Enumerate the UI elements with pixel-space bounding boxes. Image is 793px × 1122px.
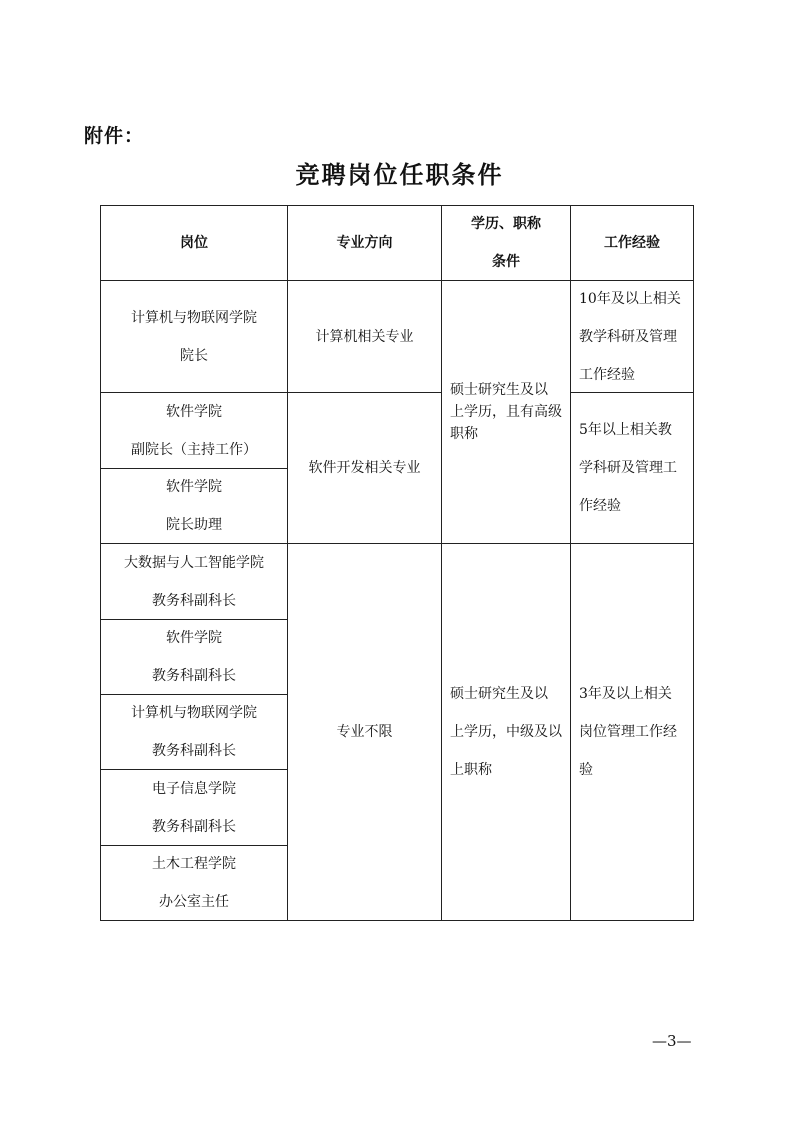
major-cell: 计算机相关专业 [287, 280, 442, 393]
position-cell: 软件学院 教务科副科长 [100, 619, 288, 695]
header-position: 岗位 [100, 205, 288, 281]
education-cell: 硕士研究生及以 上学历，中级及以 上职称 [441, 543, 571, 921]
position-cell: 软件学院 副院长（主持工作） [100, 392, 288, 469]
page-title: 竞聘岗位任职条件 [0, 155, 793, 190]
education-cell: 硕士研究生及以 上学历，且有高级 职称 [441, 280, 571, 544]
experience-cell: 5年以上相关教 学科研及管理工 作经验 [570, 392, 694, 544]
header-major: 专业方向 [287, 205, 442, 281]
experience-cell: 3年及以上相关 岗位管理工作经 验 [570, 543, 694, 921]
header-experience: 工作经验 [570, 205, 694, 281]
major-cell: 软件开发相关专业 [287, 392, 442, 544]
position-cell: 计算机与物联网学院 院长 [100, 280, 288, 393]
position-cell: 软件学院 院长助理 [100, 468, 288, 544]
attachment-label: 附件： [84, 121, 144, 148]
position-cell: 电子信息学院 教务科副科长 [100, 769, 288, 846]
position-cell: 大数据与人工智能学院 教务科副科长 [100, 543, 288, 620]
position-cell: 土木工程学院 办公室主任 [100, 845, 288, 921]
page-number: —3— [652, 1032, 692, 1050]
major-cell: 专业不限 [287, 543, 442, 921]
header-education: 学历、职称 条件 [441, 205, 571, 281]
experience-cell: 10年及以上相关 教学科研及管理 工作经验 [570, 280, 694, 393]
requirements-table: 岗位 专业方向 学历、职称 条件 工作经验 计算机与物联网学院 院长 软件学院 … [100, 205, 694, 921]
position-cell: 计算机与物联网学院 教务科副科长 [100, 694, 288, 770]
